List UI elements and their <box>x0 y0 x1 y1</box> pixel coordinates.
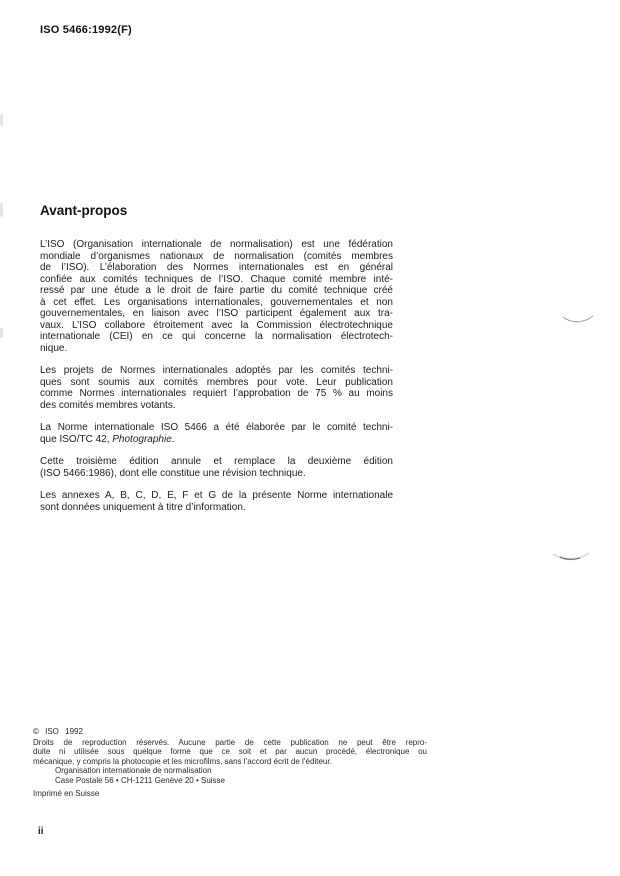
scan-edge-mark <box>0 328 3 338</box>
copyright-line: © ISO 1992 <box>33 727 427 737</box>
scan-edge-mark <box>0 114 3 126</box>
text-line: vaux. L’ISO collabore étroitement avec l… <box>40 320 393 332</box>
publisher-name: Organisation internationale de normalisa… <box>33 766 427 776</box>
printed-in: Imprimé en Suisse <box>33 789 427 799</box>
paragraph: L’ISO (Organisation internationale de no… <box>40 239 393 354</box>
text-line: L’ISO (Organisation internationale de no… <box>40 239 393 251</box>
text-line: mondiale d’organismes nationaux de norma… <box>40 251 393 263</box>
document-page: ISO 5466:1992(F) Avant-propos L’ISO (Org… <box>0 0 620 876</box>
paragraph: Les projets de Normes internationales ad… <box>40 365 393 411</box>
text-line: nique. <box>40 343 393 355</box>
paragraph: Les annexes A, B, C, D, E, F et G de la … <box>40 490 393 513</box>
paragraph: Cette troisième édition annule et rempla… <box>40 456 393 479</box>
text-line: ques sont soumis aux comités membres pou… <box>40 377 393 389</box>
text-line: sont données uniquement à titre d’inform… <box>40 502 393 514</box>
text-line: à cet effet. Les organisations internati… <box>40 297 393 309</box>
foreword-paragraphs: L’ISO (Organisation internationale de no… <box>40 239 393 524</box>
text-line: internationale (CEI) en ce qui concerne … <box>40 331 393 343</box>
text-line: ressé par une étude a le droit de faire … <box>40 285 393 297</box>
paragraph: La Norme internationale ISO 5466 a été é… <box>40 422 393 445</box>
scan-artifact-curve <box>560 313 596 327</box>
text-line: (ISO 5466:1986), dont elle constitue une… <box>40 468 393 480</box>
publisher-address: Case Postale 56 • CH-1211 Genève 20 • Su… <box>33 776 427 786</box>
section-heading: Avant-propos <box>40 203 127 218</box>
text-line: gouvernementales, en liaison avec l’ISO … <box>40 308 393 320</box>
page-number: ii <box>38 826 44 837</box>
text-line: Cette troisième édition annule et rempla… <box>40 456 393 468</box>
text-line: duite ni utilisée sous quelque forme que… <box>33 747 427 757</box>
text-line: Les projets de Normes internationales ad… <box>40 365 393 377</box>
text-line: de l’ISO). L’élaboration des Normes inte… <box>40 262 393 274</box>
text-line: Les annexes A, B, C, D, E, F et G de la … <box>40 490 393 502</box>
text-line: Droits de reproduction réservés. Aucune … <box>33 738 427 748</box>
text-line: comme Normes internationales requiert l’… <box>40 388 393 400</box>
footer-block: © ISO 1992 Droits de reproduction réserv… <box>33 727 427 798</box>
document-reference: ISO 5466:1992(F) <box>40 24 132 36</box>
text-line: confiée aux comités techniques de l’ISO.… <box>40 274 393 286</box>
scan-edge-mark <box>0 203 3 217</box>
scan-artifact-curve <box>550 548 592 564</box>
text-line: mécanique, y compris la photocopie et le… <box>33 757 427 767</box>
text-line: La Norme internationale ISO 5466 a été é… <box>40 422 393 434</box>
text-line: des comités membres votants. <box>40 400 393 412</box>
copyright-notice: Droits de reproduction réservés. Aucune … <box>33 738 427 767</box>
text-line: que ISO/TC 42, Photographie. <box>40 434 393 446</box>
